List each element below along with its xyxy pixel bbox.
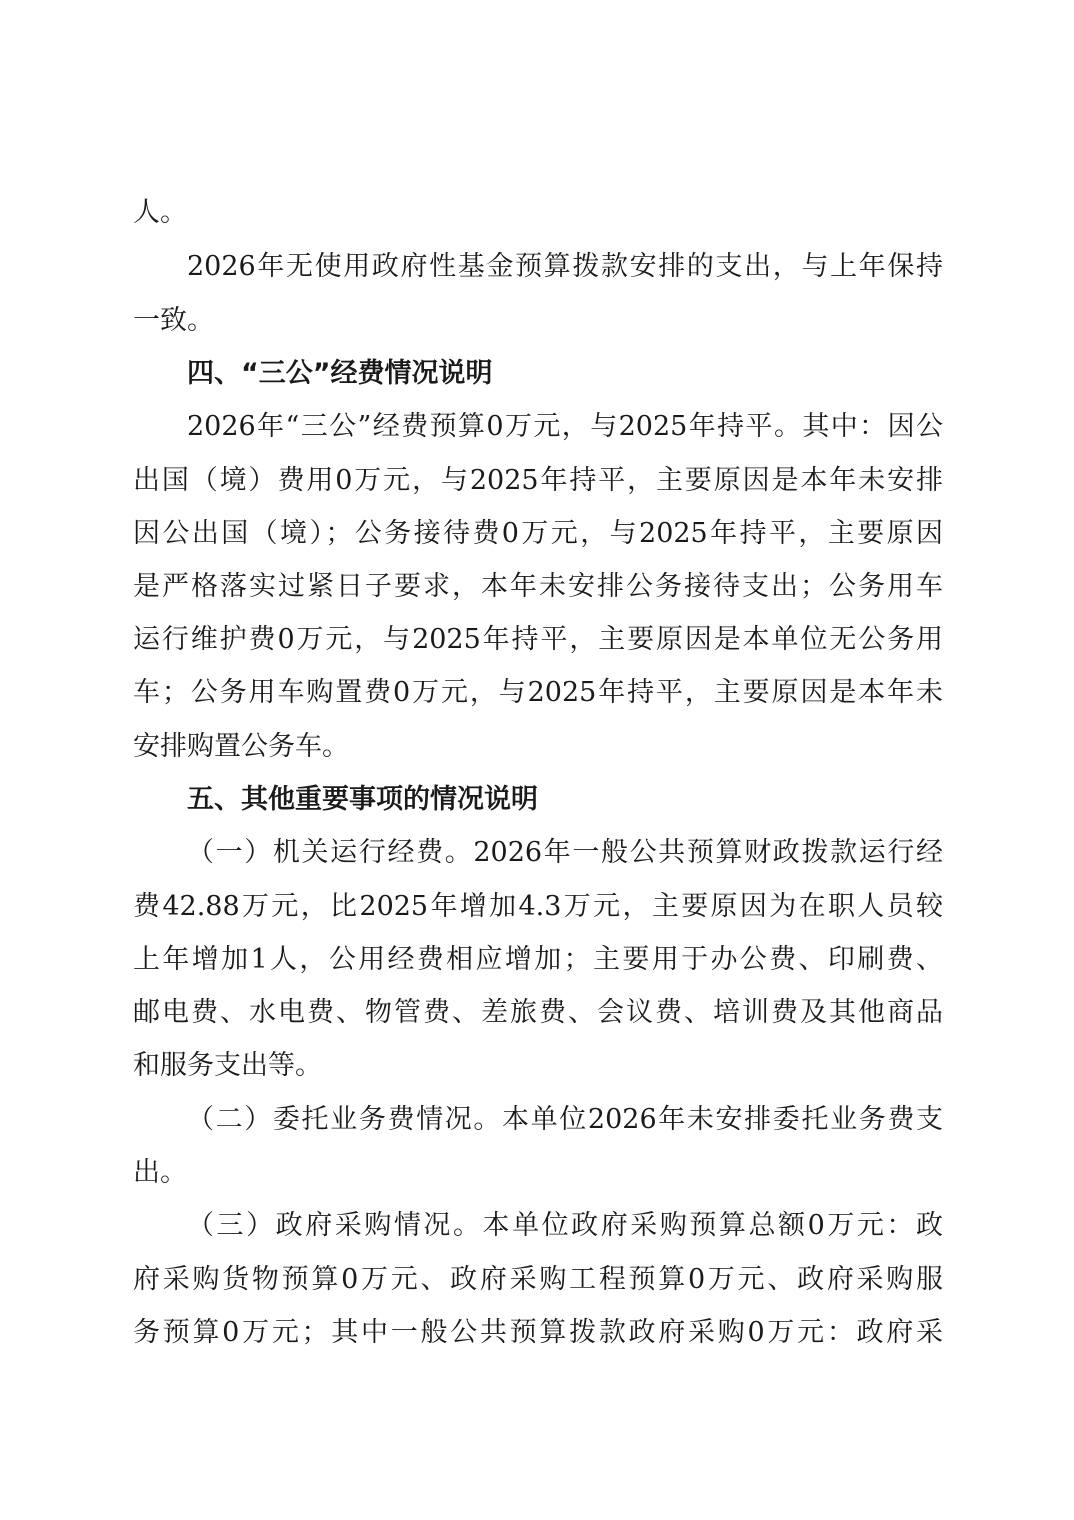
body-text-line: 人。 xyxy=(133,193,943,233)
section-heading-other-matters: 五、其他重要事项的情况说明 xyxy=(187,780,943,820)
body-text-line: 2026年“三公”经费预算0万元，与2025年持平。其中：因公 xyxy=(187,407,943,447)
body-text-line: 车；公务用车购置费0万元，与2025年持平，主要原因是本年未 xyxy=(133,673,943,713)
body-text-line: 上年增加1人，公用经费相应增加；主要用于办公费、印刷费、 xyxy=(133,940,943,980)
body-text-line: 出国（境）费用0万元，与2025年持平，主要原因是本年未安排 xyxy=(133,461,943,501)
body-text-line: （三）政府采购情况。本单位政府采购预算总额0万元：政 xyxy=(187,1206,943,1246)
body-text-line: 府采购货物预算0万元、政府采购工程预算0万元、政府采购服 xyxy=(133,1260,943,1300)
body-text-line: 务预算0万元；其中一般公共预算拨款政府采购0万元：政府采 xyxy=(133,1313,943,1353)
body-text-line: 费42.88万元，比2025年增加4.3万元，主要原因为在职人员较 xyxy=(133,887,943,927)
body-text-line: 运行维护费0万元，与2025年持平，主要原因是本单位无公务用 xyxy=(133,620,943,660)
document-page: 人。 2026年无使用政府性基金预算拨款安排的支出，与上年保持 一致。 四、“三… xyxy=(0,0,1074,1520)
body-text-line: 一致。 xyxy=(133,301,943,341)
section-heading-sangong: 四、“三公”经费情况说明 xyxy=(187,354,943,394)
body-text-line: （二）委托业务费情况。本单位2026年未安排委托业务费支 xyxy=(187,1100,943,1140)
body-text-line: 和服务支出等。 xyxy=(133,1046,943,1086)
body-text-line: 安排购置公务车。 xyxy=(133,727,943,767)
body-text-line: 因公出国（境）；公务接待费0万元，与2025年持平，主要原因 xyxy=(133,514,943,554)
body-text-line: （一）机关运行经费。2026年一般公共预算财政拨款运行经 xyxy=(187,833,943,873)
body-text-line: 出。 xyxy=(133,1153,943,1193)
body-text-line: 是严格落实过紧日子要求，本年未安排公务接待支出；公务用车 xyxy=(133,567,943,607)
body-text-line: 邮电费、水电费、物管费、差旅费、会议费、培训费及其他商品 xyxy=(133,993,943,1033)
body-text-line: 2026年无使用政府性基金预算拨款安排的支出，与上年保持 xyxy=(187,247,943,287)
